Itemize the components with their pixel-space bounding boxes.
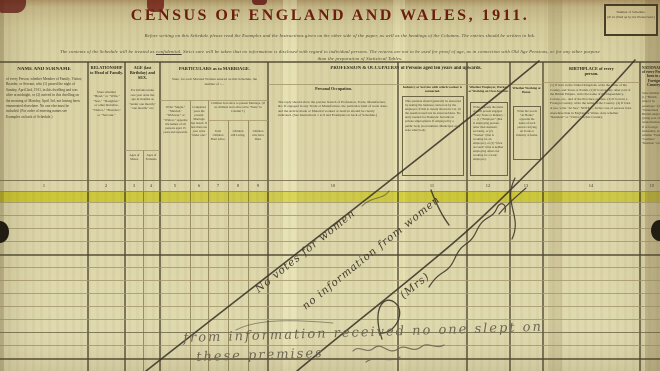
column-number: 13 [520, 183, 532, 188]
grid-hline-row [0, 267, 660, 268]
column-number: 11 [426, 183, 438, 188]
column-number: 5 [169, 183, 181, 188]
confidential-underlined: confidential. [156, 49, 182, 54]
paper-edge-shadow-left [0, 0, 4, 371]
col-subheader-children-living: Children still Living. [228, 121, 248, 179]
grid-hline-marriage [160, 100, 268, 101]
col-subheader-children-total: Total Children Born Alive. [208, 121, 228, 179]
document-title: CENSUS OF ENGLAND AND WALES, 1911. [0, 7, 660, 25]
col-subheader-home-title: Whether Working at Home. [511, 85, 542, 103]
col-header-birthplace: BIRTHPLACE of every person. (1) If born … [544, 63, 639, 179]
col-header-occupation: PROFESSION & OCCUPATION of Persons aged … [269, 63, 543, 83]
ink-flourish-2 [511, 178, 516, 239]
column-number: 8 [232, 183, 244, 188]
grid-hline-table-top [0, 61, 660, 63]
column-number: 7 [212, 183, 224, 188]
col-subheader-home-desc: Write the words "At Home" opposite the n… [513, 106, 541, 160]
top-edge-stain-1 [147, 0, 164, 12]
col-header-age: AGE (last Birthday) and SEX. For Infants… [126, 63, 159, 149]
grid-hline [0, 180, 660, 181]
grid-vline-sub [143, 150, 144, 371]
grid-hline-row [0, 254, 660, 256]
column-number: 12 [482, 183, 494, 188]
enumerator-note-line-1: from information received no one slept o… [183, 320, 543, 346]
highlighted-row [0, 191, 660, 202]
grid-hline-row [0, 345, 660, 346]
col-subheader-employer-title: Whether Employer, Worker, or Working on … [468, 85, 509, 101]
protest-text-line-3: (Mrs) [398, 270, 432, 301]
column-number: 4 [145, 183, 157, 188]
col-subheader-personal-occupation: Personal Occupation. The reply should sh… [271, 85, 396, 179]
grid-hline-birthplace [543, 82, 640, 83]
grid-hline-children [208, 120, 268, 121]
col-subheader-children-died: Children who have Died. [248, 121, 268, 179]
top-edge-stain-2 [252, 0, 267, 5]
census-form-scan: CENSUS OF ENGLAND AND WALES, 1911. Befor… [0, 0, 660, 371]
grid-hline-age [125, 150, 160, 151]
column-number: 2 [100, 183, 112, 188]
col-subheader-marriage-status: Write "Single," "Married," "Widower," or… [161, 101, 190, 179]
column-number: 10 [327, 183, 339, 188]
column-number: 1 [38, 183, 50, 188]
grid-vline [124, 62, 126, 371]
schedule-box-label: Number of Schedule. [606, 6, 656, 14]
grid-hline-row [0, 215, 660, 216]
enumerator-note-line-2: these premises [196, 346, 324, 365]
col-header-nationality: NATIONALITY of every Person born in a Fo… [641, 63, 660, 179]
instruction-line-2: The contents of the Schedule will be tre… [0, 49, 660, 54]
grid-hline [0, 202, 660, 203]
left-edge-hole [0, 221, 9, 243]
col-subheader-age-males: Ages of Males. [126, 151, 143, 179]
column-number: 3 [128, 183, 140, 188]
grid-hline-row [0, 358, 660, 360]
protest-text-line-2: no information from women [300, 194, 443, 313]
col-subheader-industry-desc: This question should generally be answer… [402, 96, 464, 176]
grid-hline-occupation [268, 84, 543, 85]
grid-vline [159, 62, 161, 371]
grid-hline-row [0, 241, 660, 242]
right-edge-hole [651, 220, 660, 241]
column-number: 9 [252, 183, 264, 188]
column-number: 6 [193, 183, 205, 188]
grid-vline [267, 62, 269, 371]
col-subheader-age-females: Ages of Females. [144, 151, 159, 179]
col-header-relationship: RELATIONSHIP to Head of Family. State wh… [89, 63, 124, 179]
col-subheader-marriage-children: Children born alive to present Marriage.… [208, 101, 268, 120]
instruction-line-1: Before writing on this Schedule please r… [20, 33, 660, 38]
col-header-marriage: PARTICULARS as to MARRIAGE. State, for e… [161, 63, 268, 101]
col-subheader-employer-desc: Write opposite the name of each person e… [470, 102, 508, 176]
paper-fold-shadow [548, 0, 562, 371]
schedule-box-sublabel: (To be filled up by the Enumerator.) [606, 14, 656, 19]
col-header-name: NAME AND SURNAME of every Person, whethe… [1, 63, 87, 179]
col-subheader-marriage-years: Completed years the present Marriage has… [190, 101, 208, 179]
grid-hline-row [0, 319, 660, 320]
column-number: 14 [585, 183, 597, 188]
grid-hline-row [0, 306, 660, 307]
col-subheader-industry-title: Industry or Service with which worker is… [399, 85, 466, 95]
column-number: 15 [646, 183, 658, 188]
schedule-number-box: Number of Schedule. (To be filled up by … [604, 4, 658, 36]
grid-vline [639, 62, 641, 371]
grid-vline [87, 62, 89, 371]
